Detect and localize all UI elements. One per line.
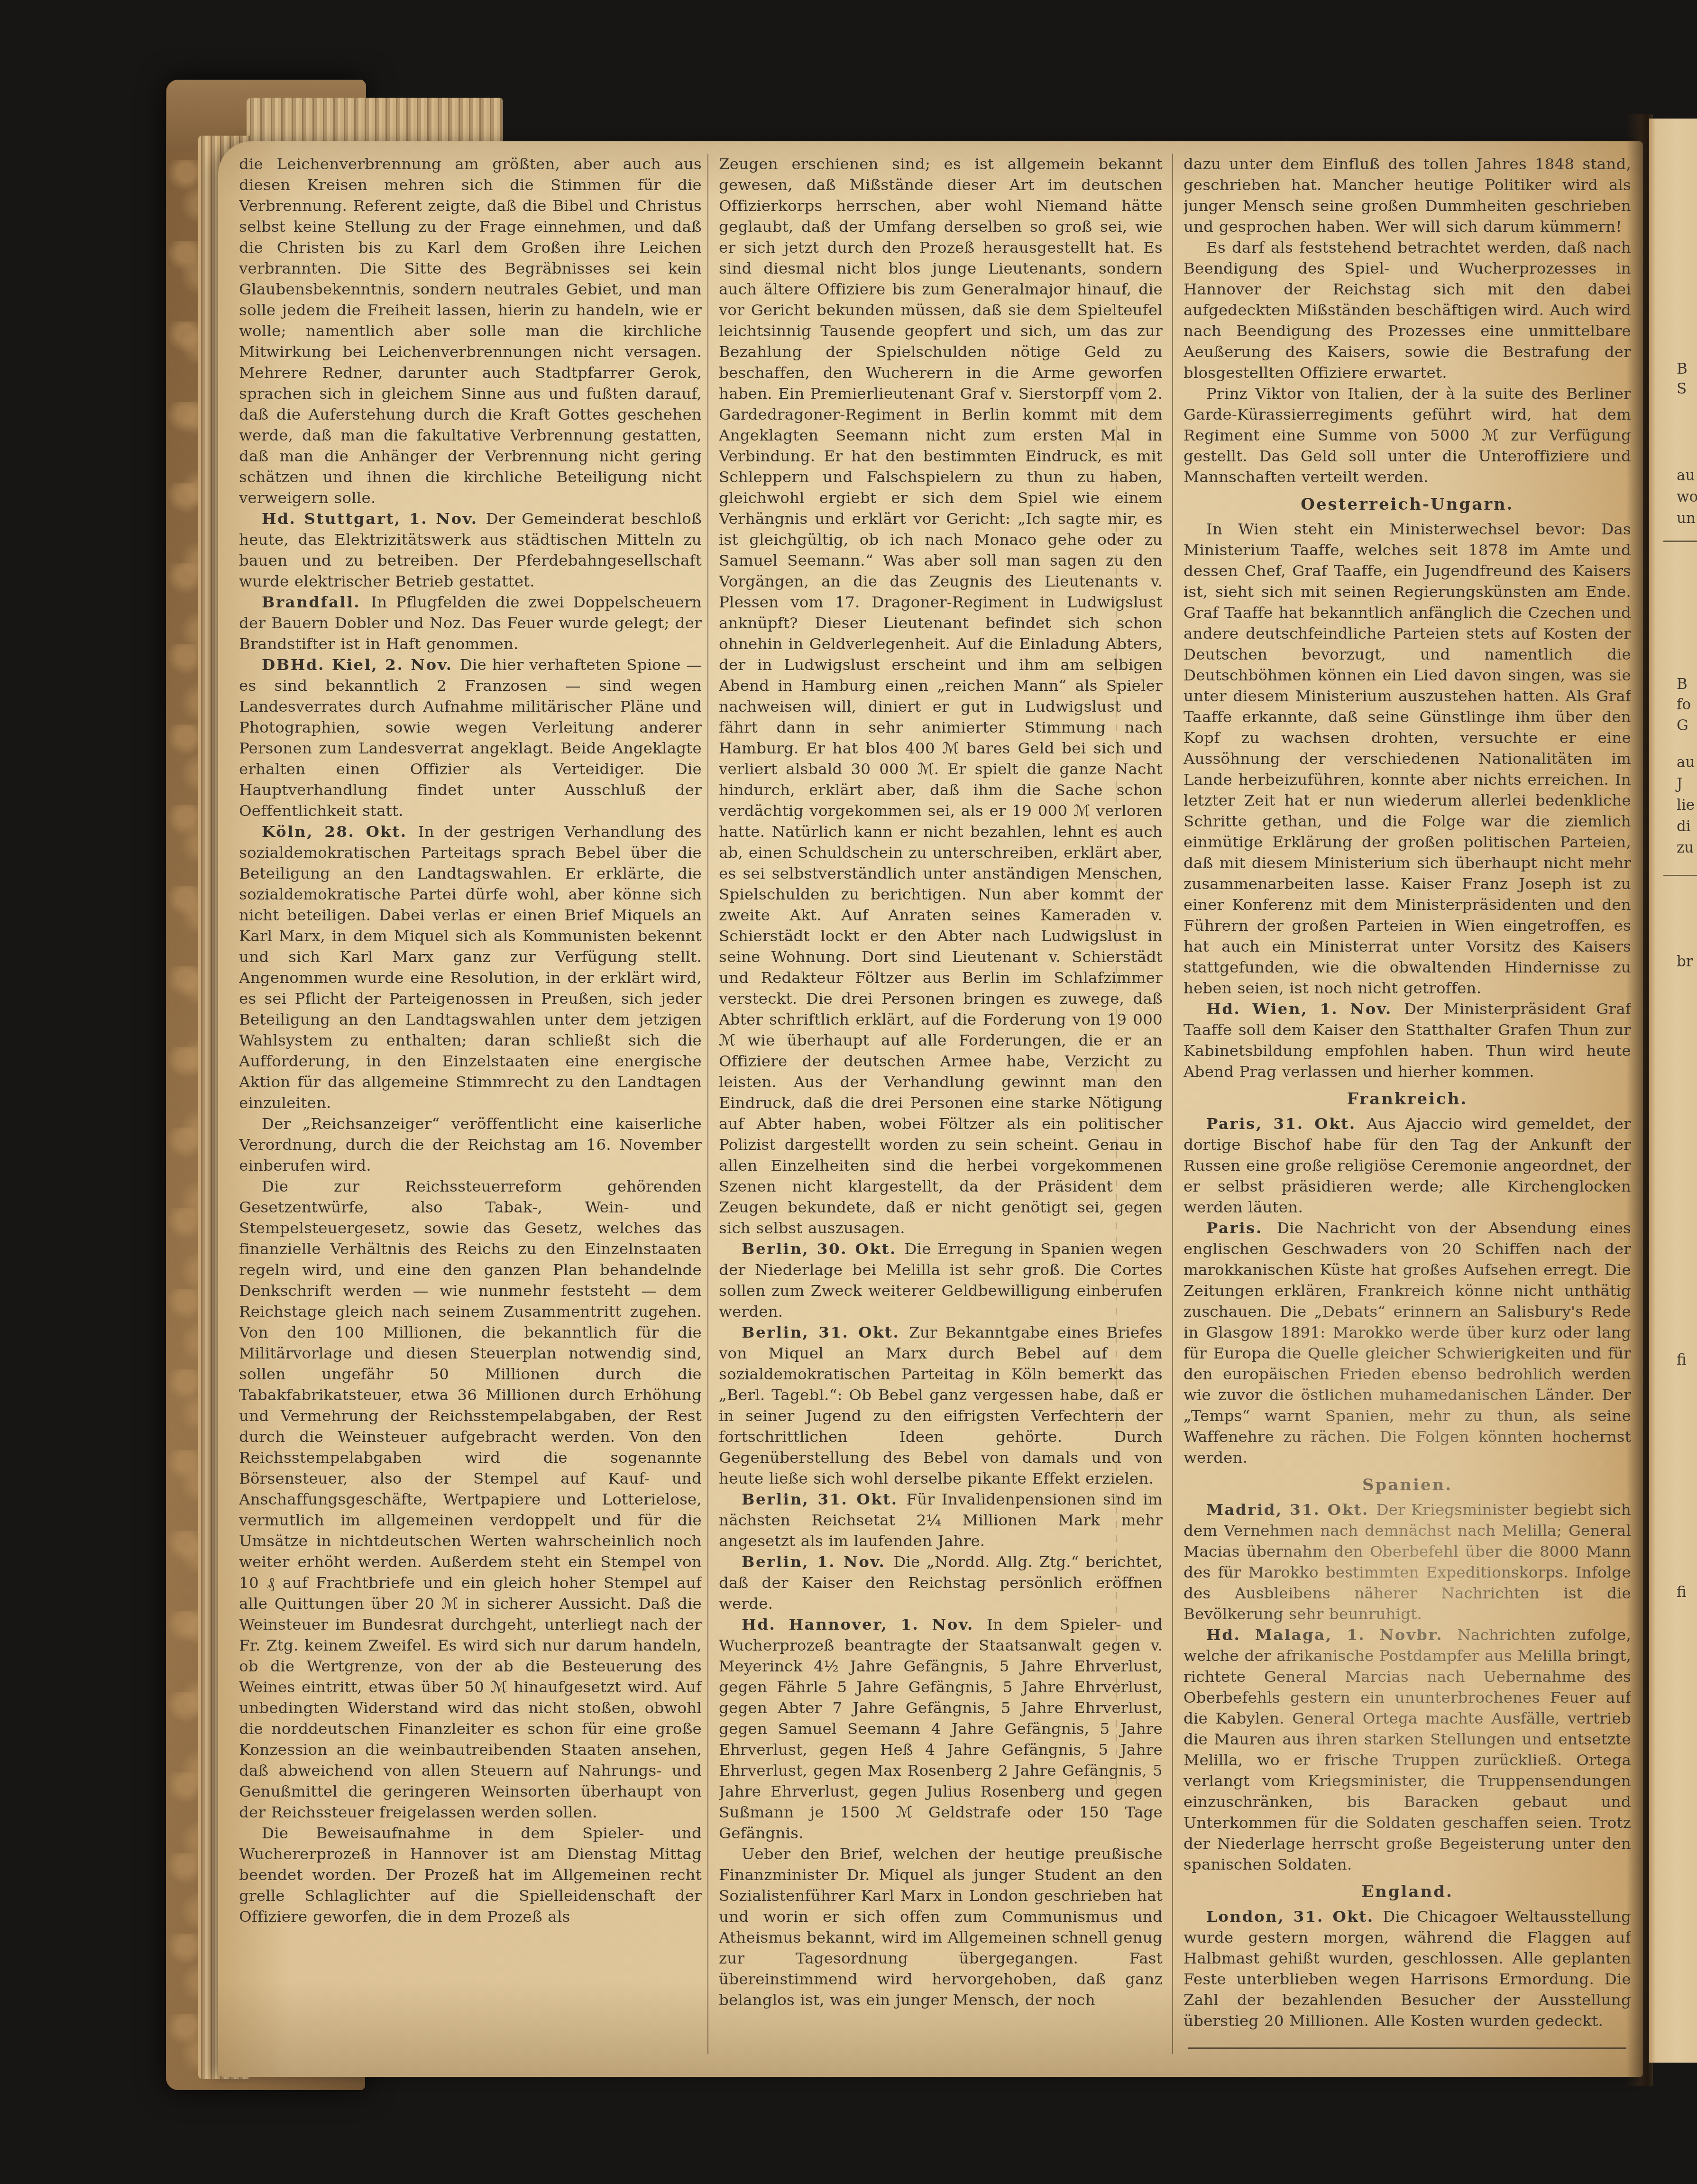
edge-text-fragment: B <box>1677 360 1688 377</box>
news-paragraph: Prinz Viktor von Italien, der à la suite… <box>1183 383 1631 487</box>
edge-text-fragment: wo <box>1677 488 1697 505</box>
news-paragraph: In Wien steht ein Ministerwechsel bevor:… <box>1183 519 1631 999</box>
dateline: Hd. Hannover, 1. Nov. <box>742 1615 987 1633</box>
news-paragraph: Paris, 31. Okt. Aus Ajaccio wird gemelde… <box>1183 1113 1631 1218</box>
edge-rule-fragment <box>1663 875 1697 876</box>
news-paragraph: Berlin, 31. Okt. Zur Bekanntgabe eines B… <box>719 1322 1163 1489</box>
edge-text-fragment: au <box>1677 467 1695 484</box>
news-paragraph: Berlin, 30. Okt. Die Erregung in Spanien… <box>719 1239 1163 1322</box>
edge-rule-fragment <box>1663 541 1697 542</box>
news-paragraph: Hd. Wien, 1. Nov. Der Ministerpräsident … <box>1183 999 1631 1082</box>
section-heading: Spanien. <box>1183 1475 1631 1496</box>
divider-rule <box>1188 2047 1626 2049</box>
edge-text-fragment: G <box>1677 717 1688 734</box>
news-paragraph: Berlin, 31. Okt. Für Invalidenpensionen … <box>719 1489 1163 1551</box>
dateline: Berlin, 31. Okt. <box>742 1490 907 1508</box>
edge-text-fragment: fo <box>1677 696 1691 713</box>
newspaper-page: die Leichenverbrennung am größten, aber … <box>218 141 1643 2077</box>
text-column-left: die Leichenverbrennung am größten, aber … <box>239 154 702 2061</box>
news-paragraph: dazu unter dem Einfluß des tollen Jahres… <box>1183 154 1631 237</box>
news-paragraph: Ueber den Brief, welchen der heutige pre… <box>719 1844 1163 2010</box>
edge-text-fragment: B <box>1677 676 1688 693</box>
edge-text-fragment: J <box>1677 775 1682 792</box>
column-rule-right <box>1172 154 1173 2054</box>
dateline: London, 31. Okt. <box>1206 1907 1383 1926</box>
news-paragraph: Paris. Die Nachricht von der Absendung e… <box>1183 1218 1631 1468</box>
news-paragraph: Zeugen erschienen sind; es ist allgemein… <box>719 154 1163 1239</box>
news-paragraph: Der „Reichsanzeiger“ veröffentlicht eine… <box>239 1113 702 1176</box>
edge-text-fragment: fi <box>1677 1584 1687 1601</box>
edge-text-fragment: fi <box>1677 1351 1687 1368</box>
edge-text-fragment: lie <box>1677 797 1695 814</box>
dateline: Brandfall. <box>262 593 371 611</box>
news-paragraph: Hd. Stuttgart, 1. Nov. Der Gemeinderat b… <box>239 508 702 592</box>
section-heading: England. <box>1183 1881 1631 1902</box>
section-heading: Frankreich. <box>1183 1089 1631 1110</box>
news-paragraph: Hd. Hannover, 1. Nov. In dem Spieler- un… <box>719 1614 1163 1844</box>
dateline: Paris, 31. Okt. <box>1206 1114 1367 1133</box>
news-paragraph: London, 31. Okt. Die Chicagoer Weltausst… <box>1183 1906 1631 2031</box>
edge-text-fragment: un <box>1677 510 1696 527</box>
dateline: Berlin, 1. Nov. <box>742 1552 893 1571</box>
fold-crease <box>1116 369 1117 1791</box>
news-paragraph: Die zur Reichssteuerreform gehörenden Ge… <box>239 1176 702 1823</box>
dateline: DBHd. Kiel, 2. Nov. <box>262 655 460 674</box>
dateline: Berlin, 31. Okt. <box>742 1323 909 1341</box>
section-heading: Oesterreich-Ungarn. <box>1183 494 1631 515</box>
edge-text-fragment: S <box>1677 380 1687 397</box>
edge-text-fragment: zu <box>1677 839 1694 856</box>
dateline: Hd. Wien, 1. Nov. <box>1206 1000 1404 1018</box>
edge-text-fragment: di <box>1677 818 1691 835</box>
news-paragraph: Hd. Malaga, 1. Novbr. Nachrichten zufolg… <box>1183 1624 1631 1875</box>
news-paragraph: Köln, 28. Okt. In der gestrigen Verhandl… <box>239 821 702 1113</box>
edge-text-fragment: au <box>1677 754 1695 771</box>
news-paragraph: DBHd. Kiel, 2. Nov. Die hier verhafteten… <box>239 654 702 821</box>
next-page-edge: BSauwounBfoGauJliedizubrfifi <box>1649 119 1697 2063</box>
book-scan: { "scan": { "background_color": "#181614… <box>0 0 1697 2184</box>
news-paragraph: Brandfall. In Pflugfelden die zwei Doppe… <box>239 592 702 654</box>
dateline: Hd. Stuttgart, 1. Nov. <box>262 509 486 528</box>
news-paragraph: Madrid, 31. Okt. Der Kriegsminister begi… <box>1183 1499 1631 1624</box>
news-paragraph: die Leichenverbrennung am größten, aber … <box>239 154 702 508</box>
dateline: Hd. Malaga, 1. Novbr. <box>1206 1625 1457 1644</box>
text-column-middle: Zeugen erschienen sind; es ist allgemein… <box>719 154 1163 2061</box>
text-column-right: dazu unter dem Einfluß des tollen Jahres… <box>1183 154 1631 2061</box>
dateline: Madrid, 31. Okt. <box>1206 1500 1376 1519</box>
news-paragraph: Die Beweisaufnahme in dem Spieler- und W… <box>239 1823 702 1927</box>
news-paragraph: Berlin, 1. Nov. Die „Nordd. Allg. Ztg.“ … <box>719 1551 1163 1614</box>
edge-text-fragment: br <box>1677 953 1693 970</box>
dateline: Berlin, 30. Okt. <box>742 1239 904 1258</box>
dateline: Köln, 28. Okt. <box>262 822 418 841</box>
news-paragraph: Es darf als feststehend betrachtet werde… <box>1183 237 1631 383</box>
column-rule-left <box>707 154 708 2054</box>
dateline: Paris. <box>1206 1219 1277 1237</box>
